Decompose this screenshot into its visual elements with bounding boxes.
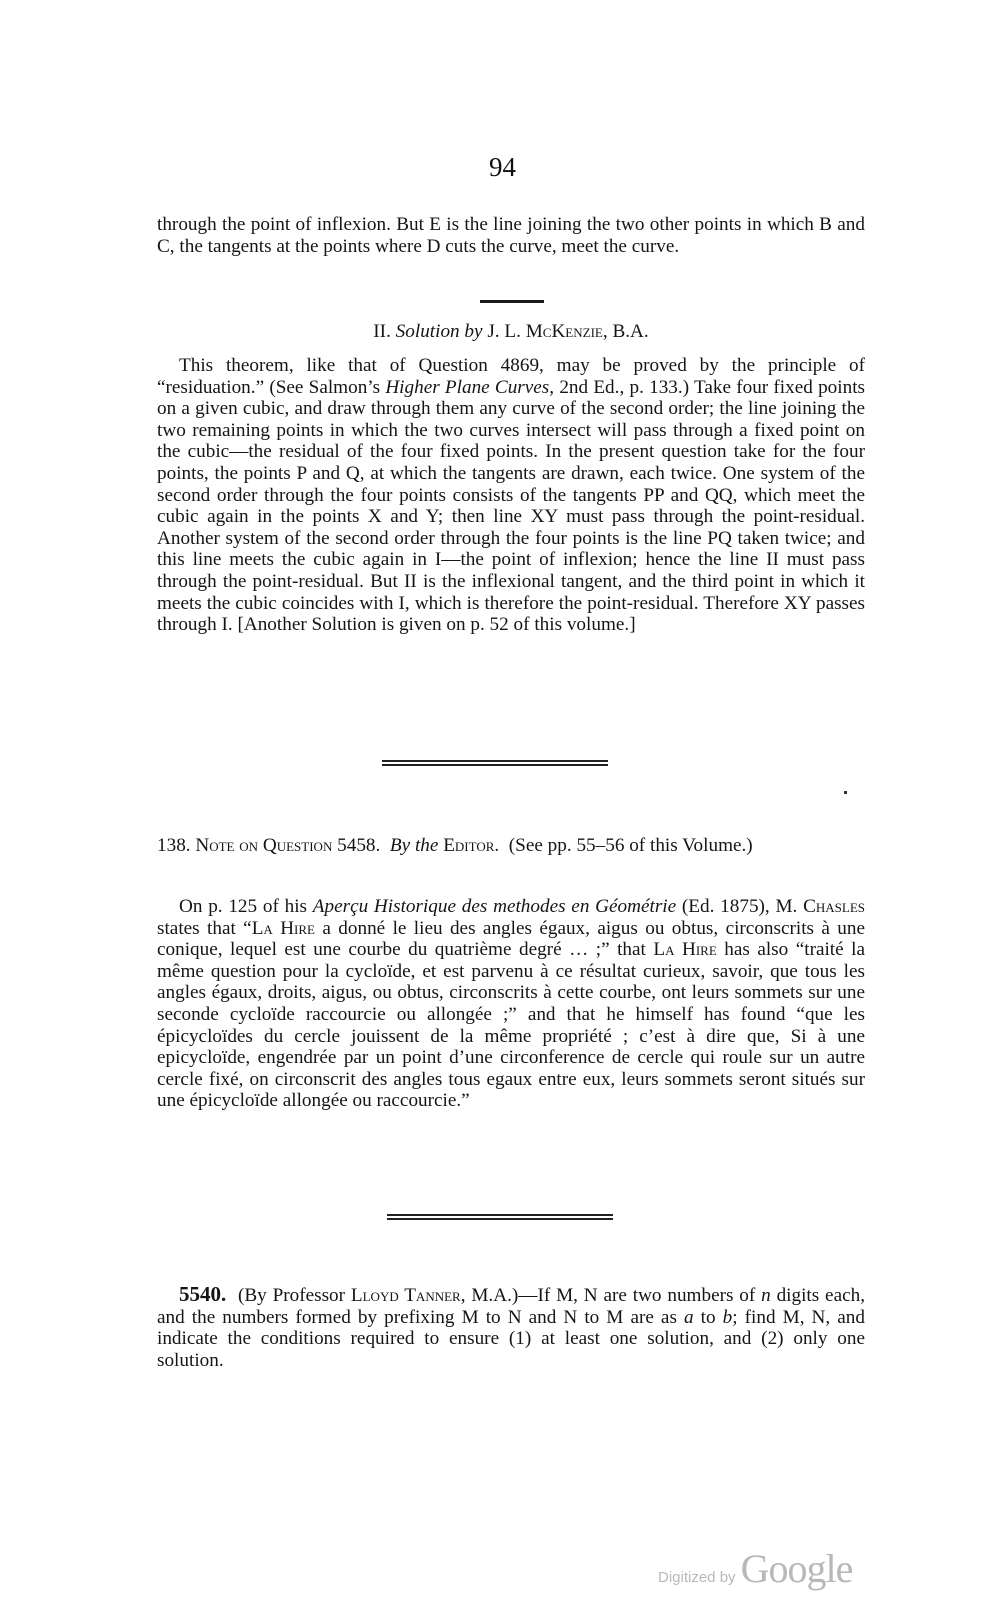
note-book-title: Aperçu Historique des methodes en Géomét… [313,896,676,917]
solution-author: J. L. McKenzie [487,321,603,342]
print-speck [844,791,847,794]
note-number: 138. [157,835,191,856]
variable-b: b [723,1307,733,1328]
note-intro: On p. 125 of his [179,896,313,917]
digitized-by-google-watermark: Digitized by Google [658,1545,852,1592]
page-number: 94 [0,152,1005,183]
note-heading: 138. Note on Question 5458. By the Edito… [157,835,865,857]
solution-heading: II. Solution by J. L. McKenzie, B.A. [157,321,865,343]
note-body: On p. 125 of his Aperçu Historique des m… [157,896,865,1112]
solution-text-2: , 2nd Ed., p. 133.) Take four fixed poin… [157,377,865,636]
variable-a: a [684,1307,694,1328]
note-title: Note on Question 5458. [195,835,380,856]
note-editor: Editor. [443,835,499,856]
note-text-b: states that “ [157,918,252,939]
question-5540: 5540. (By Professor Lloyd Tanner, M.A.)—… [157,1284,865,1371]
continuation-text: through the point of inflexion. But E is… [157,214,865,257]
continuation-paragraph: through the point of inflexion. But E is… [157,214,865,257]
question-number: 5540. [179,1282,226,1306]
section-divider [480,300,544,303]
double-rule-divider [387,1214,613,1220]
note-text-d: has also “traité la même question pour l… [157,939,865,1111]
question-author: Lloyd Tanner [351,1285,461,1306]
watermark-prefix: Digitized by [658,1569,736,1586]
question-by: (By Professor [238,1285,351,1306]
note-reference: (See pp. 55–56 of this Volume.) [509,835,753,856]
double-rule-divider [382,760,608,766]
variable-n: n [761,1285,771,1306]
solution-book-title: Higher Plane Curves [385,377,549,398]
solution-numeral: II. [373,321,391,342]
google-logo: Google [741,1546,853,1591]
name-chasles: Chasles [803,896,865,917]
note-text-a: (Ed. 1875), M. [676,896,803,917]
solution-body: This theorem, like that of Question 4869… [157,355,865,636]
question-degree: , M.A.) [461,1285,519,1306]
solution-by-label: Solution by [396,321,483,342]
name-la-hire: La Hire [252,918,315,939]
name-la-hire: La Hire [653,939,716,960]
question-text-c: to [694,1307,723,1328]
solution-degree: , B.A. [603,321,649,342]
question-text-a: —If M, N are two numbers of [518,1285,761,1306]
note-by-label: By the [390,835,438,856]
